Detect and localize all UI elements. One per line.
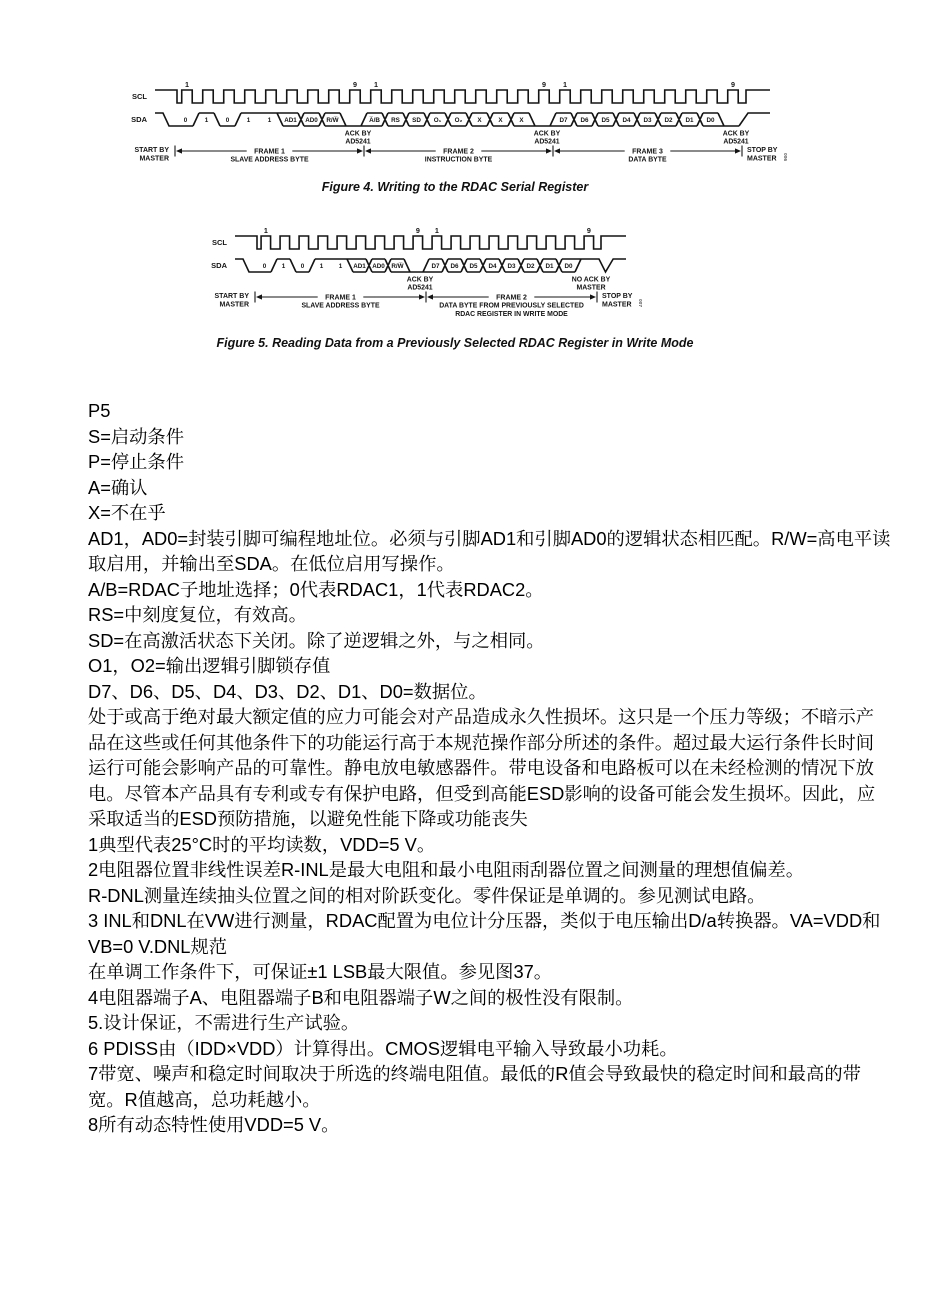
bit-label: 1 <box>339 263 343 270</box>
arrowhead <box>735 148 741 153</box>
frame-title: FRAME 3 <box>632 149 663 156</box>
clock-number-ninth: 9 <box>731 80 735 89</box>
bit-label: AD0 <box>305 117 318 124</box>
ack-label: AD5241 <box>534 139 559 146</box>
bit-label: RS <box>391 117 400 124</box>
clock-number-ninth: 9 <box>542 80 546 89</box>
text-line: A=确认 <box>88 475 878 501</box>
bit-label: D6 <box>450 263 459 270</box>
bit-label: 0 <box>226 117 230 124</box>
frame-title: FRAME 1 <box>325 295 356 302</box>
stop-by-master-label: STOP BY <box>602 293 633 300</box>
frame-subtitle: DATA BYTE <box>628 157 667 164</box>
arrowhead <box>419 294 425 299</box>
bit-label: 1 <box>205 117 209 124</box>
arrowhead <box>176 148 182 153</box>
stop-by-master-label: STOP BY <box>747 147 778 154</box>
text-line: 5.设计保证，不需进行生产试验。 <box>88 1010 878 1036</box>
sda-label: SDA <box>131 115 147 124</box>
bit-label: 0 <box>301 263 305 270</box>
bit-label: 1 <box>247 117 251 124</box>
text-line: R-DNL测量连续抽头位置之间的相对阶跃变化。零件保证是单调的。参见测试电路。 <box>88 883 878 909</box>
frame-subtitle: DATA BYTE FROM PREVIOUSLY SELECTED <box>439 303 584 310</box>
ack-label: NO ACK BY <box>572 277 611 284</box>
text-line: SD=在高激活状态下关闭。除了逆逻辑之外，与之相同。 <box>88 628 878 654</box>
arrowhead <box>357 148 363 153</box>
bit-label: D4 <box>622 117 631 124</box>
start-by-master-label: MASTER <box>219 302 249 309</box>
arrowhead <box>590 294 596 299</box>
clock-number-first: 1 <box>563 80 567 89</box>
bit-label: 1 <box>268 117 272 124</box>
datasheet-page: { "page": {"background": "#ffffff"}, "fi… <box>0 0 925 1309</box>
arrowhead <box>365 148 371 153</box>
bit-label: D5 <box>601 117 610 124</box>
bit-label: SD <box>412 117 421 124</box>
bit-label: 0 <box>263 263 267 270</box>
ack-label: ACK BY <box>723 131 750 138</box>
text-line: 4电阻器端子A、电阻器端子B和电阻器端子W之间的极性没有限制。 <box>88 985 878 1011</box>
bit-label: D1 <box>545 263 554 270</box>
fig4-mount-svg: 19191901011AD1AD0R/W̅ACK BYAD5241A̅/BRSS… <box>105 72 805 176</box>
clock-number-first: 1 <box>374 80 378 89</box>
bit-label: D0 <box>706 117 715 124</box>
figure-code: 007 <box>637 299 643 307</box>
bit-label: D4 <box>488 263 497 270</box>
text-line: D7、D6、D5、D4、D3、D2、D1、D0=数据位。 <box>88 679 878 705</box>
bit-label: D2 <box>526 263 535 270</box>
text-line: 运行可能会影响产品的可靠性。静电放电敏感器件。带电设备和电路板可以在未经检测的情… <box>88 755 878 781</box>
bit-label: 0 <box>184 117 188 124</box>
bit-label: D3 <box>507 263 516 270</box>
scl-label: SCL <box>212 238 227 247</box>
frame-subtitle: SLAVE ADDRESS BYTE <box>230 157 309 164</box>
clock-number-ninth: 9 <box>416 226 420 235</box>
text-line: 采取适当的ESD预防措施，以避免性能下降或功能丧失 <box>88 806 878 832</box>
text-line: 处于或高于绝对最大额定值的应力可能会对产品造成永久性损坏。这只是一个压力等级；不… <box>88 704 878 730</box>
ack-label: AD5241 <box>407 285 432 292</box>
fig5-mount-svg: 191901011AD1AD0R/W̅ACK BYAD5241D7D6D5D4D… <box>185 218 765 328</box>
frame-subtitle: SLAVE ADDRESS BYTE <box>301 303 380 310</box>
bit-label: AD1 <box>284 117 297 124</box>
arrowhead <box>554 148 560 153</box>
text-line: 6 PDISS由（IDD×VDD）计算得出。CMOS逻辑电平输入导致最小功耗。 <box>88 1036 878 1062</box>
figure4-timing-diagram: 19191901011AD1AD0R/W̅ACK BYAD5241A̅/BRSS… <box>105 72 805 176</box>
text-line: 在单调工作条件下，可保证±1 LSB最大限值。参见图37。 <box>88 959 878 985</box>
figure5-timing-diagram: 191901011AD1AD0R/W̅ACK BYAD5241D7D6D5D4D… <box>185 218 765 328</box>
ack-label: MASTER <box>576 285 605 292</box>
text-line: 品在这些或任何其他条件下的功能运行高于本规范操作部分所述的条件。超过最大运行条件… <box>88 730 878 756</box>
bit-label: X <box>477 117 482 124</box>
text-line: P=停止条件 <box>88 449 878 475</box>
bit-label: R/W̅ <box>326 116 338 124</box>
bit-label: X <box>498 117 503 124</box>
bit-label: D5 <box>469 263 478 270</box>
text-line: O1，O2=输出逻辑引脚锁存值 <box>88 653 878 679</box>
ack-label: ACK BY <box>534 131 561 138</box>
bit-label: D7 <box>431 263 440 270</box>
text-line: X=不在乎 <box>88 500 878 526</box>
bit-label: X <box>519 117 524 124</box>
bit-label: AD0 <box>372 263 385 270</box>
stop-by-master-label: MASTER <box>747 156 777 163</box>
text-line: A/B=RDAC子地址选择；0代表RDAC1，1代表RDAC2。 <box>88 577 878 603</box>
text-line: 3 INL和DNL在VW进行测量，RDAC配置为电位计分压器，类似于电压输出D/… <box>88 908 878 934</box>
bit-label: D7 <box>559 117 568 124</box>
text-line: 2电阻器位置非线性误差R-INL是最大电阻和最小电阻雨刮器位置之间测量的理想值偏… <box>88 857 878 883</box>
notes-text-block: P5S=启动条件P=停止条件A=确认X=不在乎AD1，AD0=封装引脚可编程地址… <box>88 398 878 1138</box>
arrowhead <box>427 294 433 299</box>
clock-number-ninth: 9 <box>587 226 591 235</box>
text-line: RS=中刻度复位，有效高。 <box>88 602 878 628</box>
text-line: S=启动条件 <box>88 424 878 450</box>
scl-waveform <box>235 236 626 249</box>
ack-label: AD5241 <box>345 139 370 146</box>
stop-by-master-label: MASTER <box>602 302 632 309</box>
bit-label: D2 <box>664 117 673 124</box>
bit-label: 1 <box>320 263 324 270</box>
clock-number-first: 1 <box>435 226 439 235</box>
start-by-master-label: START BY <box>215 293 250 300</box>
start-by-master-label: MASTER <box>139 156 169 163</box>
text-line: 8所有动态特性使用VDD=5 V。 <box>88 1112 878 1138</box>
bit-label: D1 <box>685 117 694 124</box>
start-by-master-label: START BY <box>135 147 170 154</box>
text-line: 取启用，并输出至SDA。在低位启用写操作。 <box>88 551 878 577</box>
frame-title: FRAME 2 <box>443 149 474 156</box>
bit-label: 1 <box>282 263 286 270</box>
text-line: AD1，AD0=封装引脚可编程地址位。必须与引脚AD1和引脚AD0的逻辑状态相匹… <box>88 526 878 552</box>
bit-label: A̅/B <box>369 116 380 124</box>
clock-number-first: 1 <box>264 226 268 235</box>
frame-subtitle: INSTRUCTION BYTE <box>425 157 493 164</box>
text-line: 宽。R值越高，总功耗越小。 <box>88 1087 878 1113</box>
ack-label: ACK BY <box>407 277 434 284</box>
figure4-caption: Figure 4. Writing to the RDAC Serial Reg… <box>62 180 848 194</box>
clock-number-ninth: 9 <box>353 80 357 89</box>
bit-label: D6 <box>580 117 589 124</box>
bit-label: O₁ <box>434 117 442 124</box>
bit-label: R/W̅ <box>391 262 403 270</box>
scl-waveform <box>155 90 770 103</box>
clock-number-first: 1 <box>185 80 189 89</box>
text-line: P5 <box>88 398 878 424</box>
text-line: 7带宽、噪声和稳定时间取决于所选的终端电阻值。最低的R值会导致最快的稳定时间和最… <box>88 1061 878 1087</box>
scl-label: SCL <box>132 92 147 101</box>
text-line: 电。尽管本产品具有专利或专有保护电路，但受到高能ESD影响的设备可能会发生损坏。… <box>88 781 878 807</box>
ack-label: AD5241 <box>723 139 748 146</box>
arrowhead <box>256 294 262 299</box>
ack-label: ACK BY <box>345 131 372 138</box>
bit-label: AD1 <box>353 263 366 270</box>
text-line: VB=0 V.DNL规范 <box>88 934 878 960</box>
bit-label: O₂ <box>455 117 463 124</box>
frame-title: FRAME 1 <box>254 149 285 156</box>
bit-label: D3 <box>643 117 652 124</box>
figure-code: 006 <box>782 153 788 161</box>
frame-subtitle: RDAC REGISTER IN WRITE MODE <box>455 311 568 318</box>
arrowhead <box>546 148 552 153</box>
sda-label: SDA <box>211 261 227 270</box>
bit-label: D0 <box>564 263 573 270</box>
frame-title: FRAME 2 <box>496 295 527 302</box>
text-line: 1典型代表25°C时的平均读数，VDD=5 V。 <box>88 832 878 858</box>
figure5-caption: Figure 5. Reading Data from a Previously… <box>62 336 848 350</box>
